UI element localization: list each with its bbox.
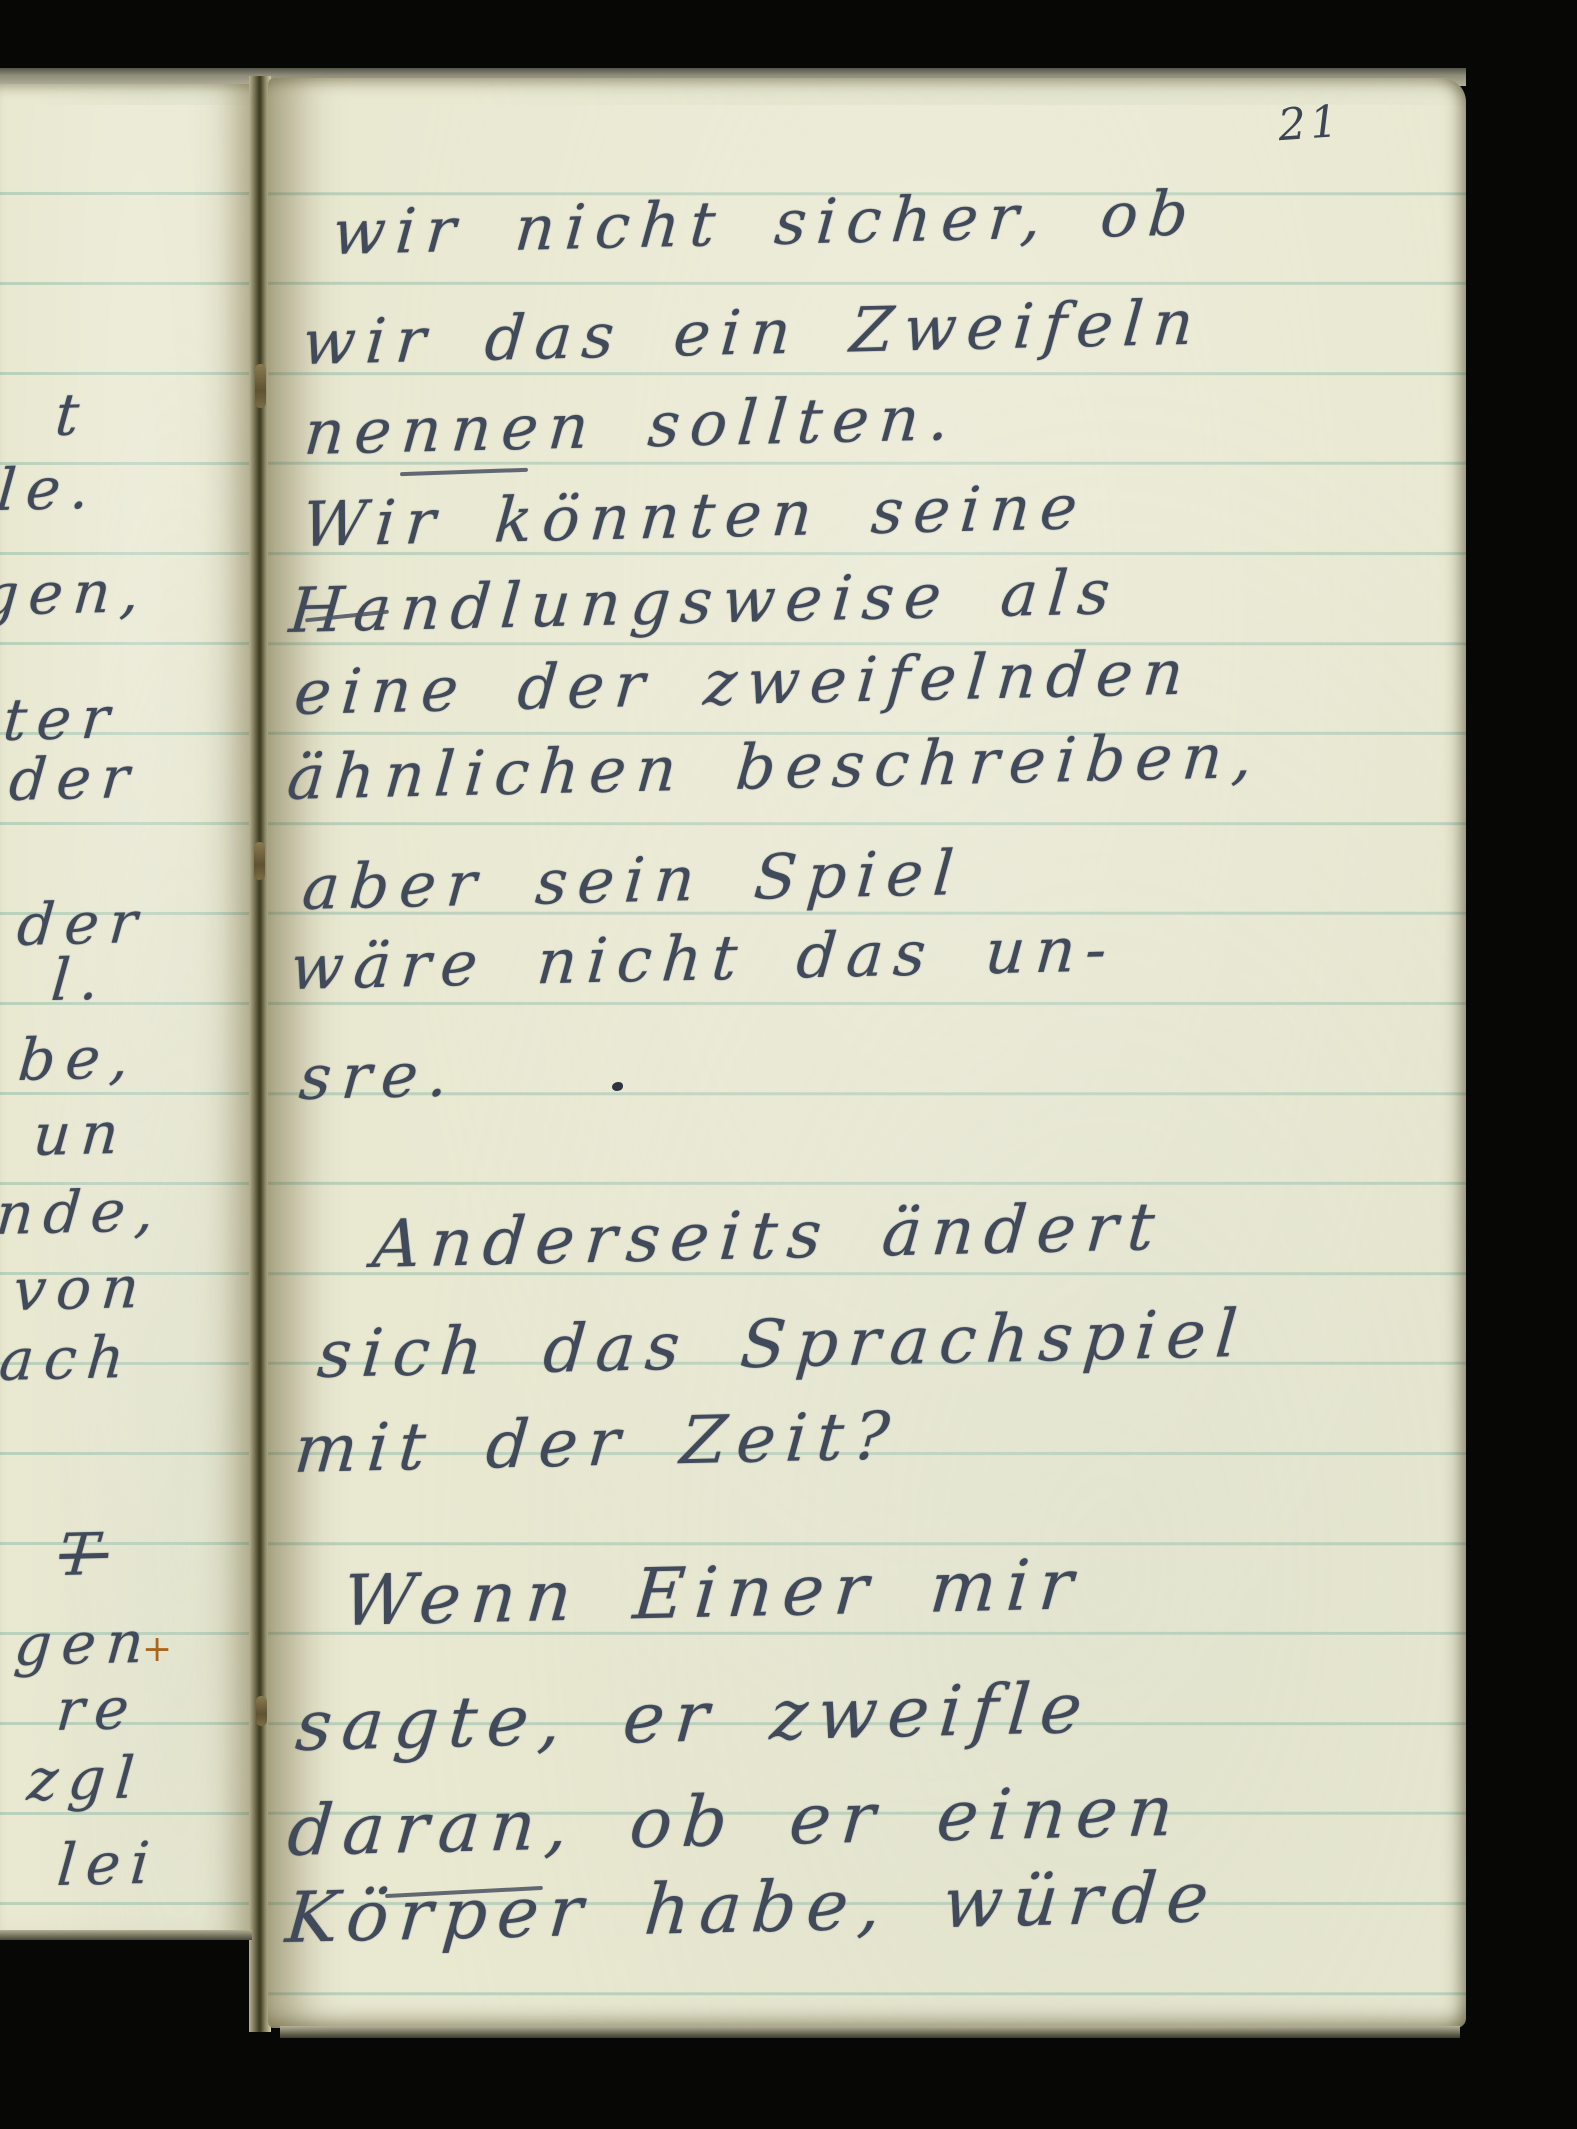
- handwriting-line: eine der zweifelnden: [292, 640, 1196, 725]
- handwriting-line: nennen sollten.: [302, 385, 962, 465]
- handwriting-line: Handlungsweise als: [287, 559, 1122, 643]
- notebook-photo: t le. gen, ter der der l. be, un ände, v…: [0, 0, 1577, 2129]
- handwriting-line: sre.: [297, 1041, 461, 1110]
- handwriting-line: Wenn Einer mir: [340, 1548, 1086, 1638]
- handwriting-fragment: ände,: [0, 1180, 166, 1246]
- handwriting-line: wäre nicht das un-: [288, 916, 1119, 1000]
- binding-thread: [254, 842, 265, 880]
- handwriting-fragment: l.: [49, 949, 111, 1011]
- binding-thread: [255, 364, 266, 408]
- handwriting-fragment: re: [54, 1678, 141, 1741]
- handwriting-fragment: T: [57, 1524, 111, 1586]
- right-page: 21 wir nicht sicher, ob wir das ein Zwei…: [268, 78, 1466, 2028]
- handwriting-fragment: gen,: [0, 561, 151, 626]
- handwriting-line: wir das ein Zweifeln: [300, 290, 1206, 375]
- handwriting-fragment: zgl: [25, 1747, 147, 1811]
- handwriting-fragment: ter: [1, 687, 122, 750]
- underline-mark: [400, 468, 528, 476]
- handwriting-line: wir nicht sicher, ob: [330, 180, 1201, 265]
- handwriting-line: mit der Zeit?: [292, 1401, 902, 1484]
- handwriting-fragment: gen: [12, 1612, 156, 1676]
- handwriting-line: Körper habe, würde: [283, 1861, 1221, 1956]
- handwriting-fragment: le.: [0, 458, 101, 521]
- handwriting-line: ähnlichen beschreiben,: [285, 723, 1265, 810]
- handwriting-line: aber sein Spiel: [300, 840, 966, 920]
- handwriting-fragment: lei: [55, 1833, 162, 1896]
- handwriting-fragment: ach: [0, 1327, 136, 1391]
- handwriting-fragment: von: [11, 1257, 151, 1321]
- left-page-bottom-edge: [0, 1930, 252, 1940]
- handwriting-line: Wir könnten seine: [300, 474, 1090, 557]
- handwriting-fragment: der: [7, 747, 141, 811]
- handwriting-fragment: be,: [16, 1027, 141, 1091]
- handwriting-line: Anderseits ändert: [370, 1192, 1167, 1279]
- page-number: 21: [1276, 96, 1343, 151]
- handwriting-line: daran, ob er einen: [285, 1775, 1186, 1869]
- handwriting-fragment: t: [53, 384, 91, 446]
- ink-speck: [612, 1082, 623, 1091]
- right-page-bottom-edge: [280, 2026, 1460, 2038]
- plus-mark: +: [142, 1629, 172, 1670]
- handwriting-line: sich das Sprachspiel: [315, 1299, 1250, 1389]
- handwriting-line: sagte, er zweifle: [293, 1672, 1095, 1763]
- handwriting-fragment: un: [31, 1103, 131, 1166]
- left-page: t le. gen, ter der der l. be, un ände, v…: [0, 84, 256, 1932]
- binding-thread: [256, 1696, 267, 1726]
